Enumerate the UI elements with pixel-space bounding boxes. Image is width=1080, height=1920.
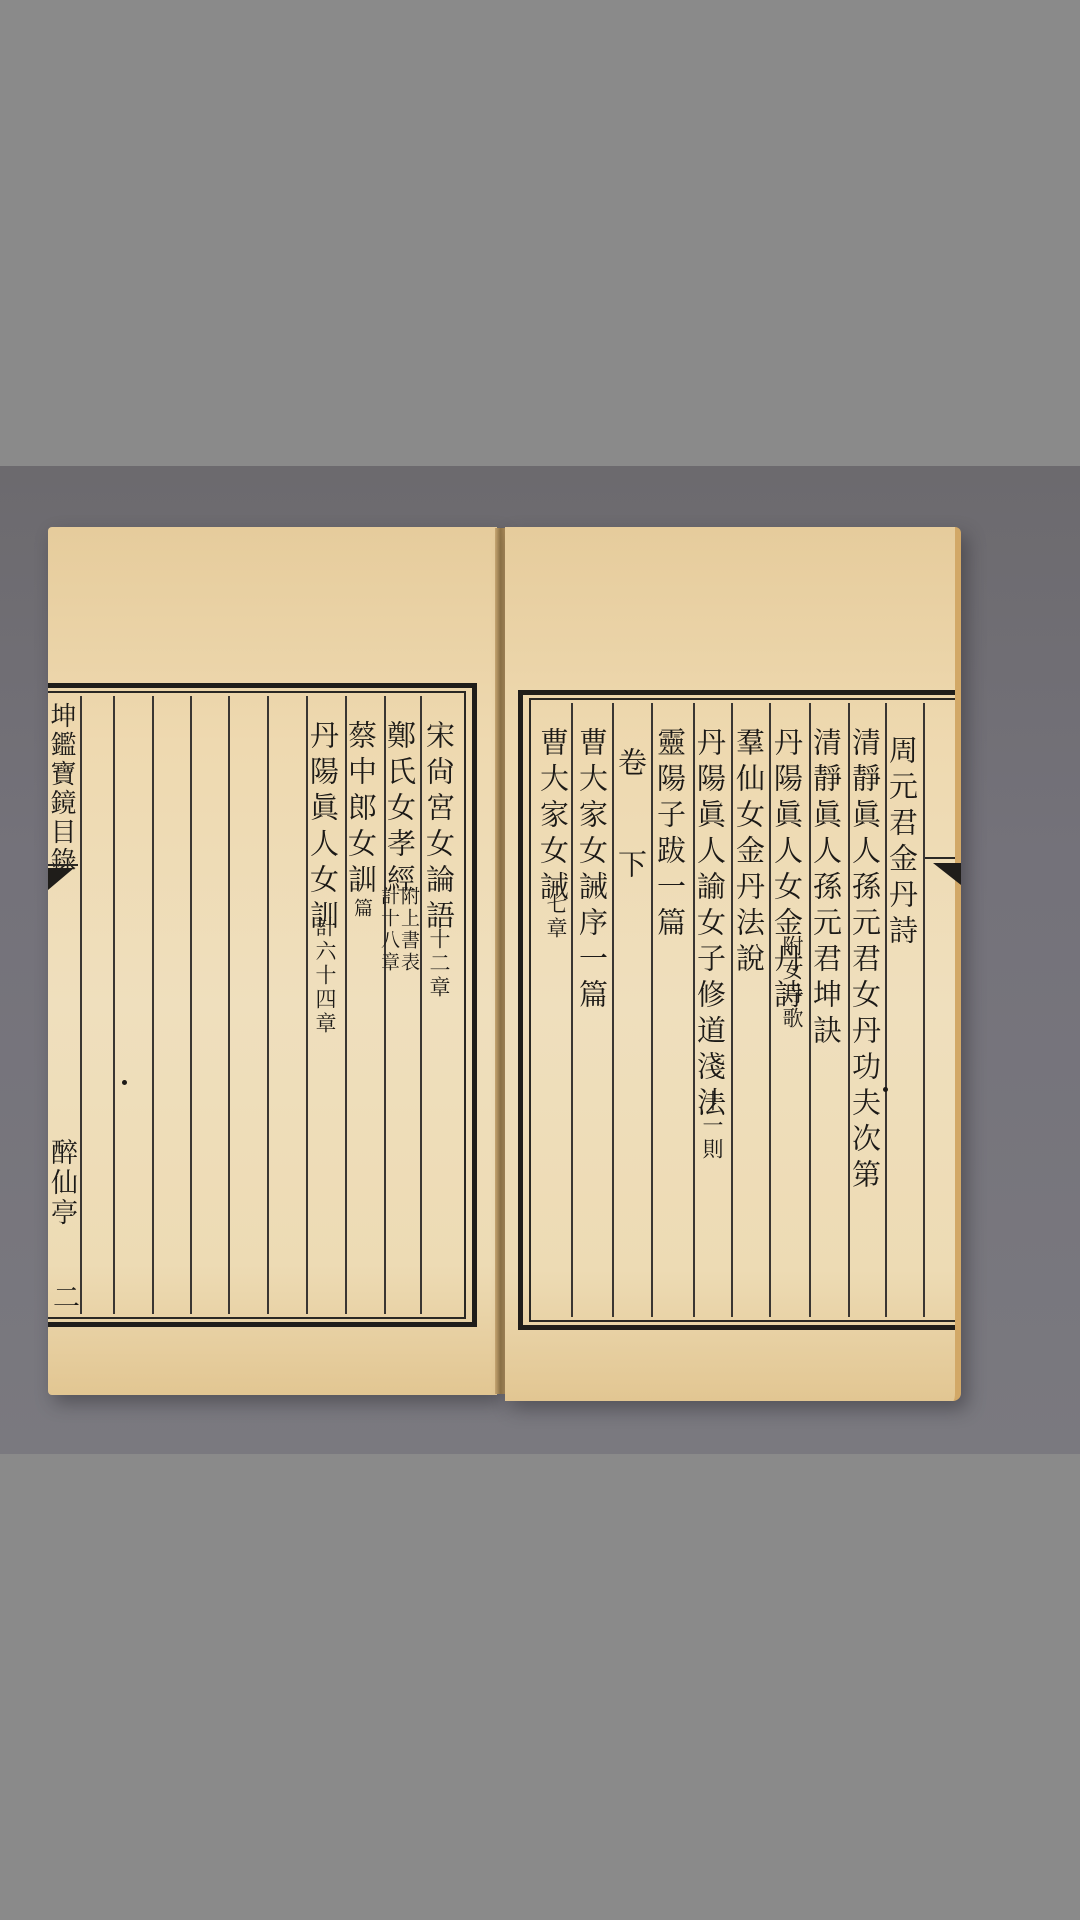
fishtail-ornament	[48, 868, 74, 890]
toc-entry-r6-note: 十一則	[701, 1090, 722, 1162]
viewer-top-bar	[0, 0, 1080, 466]
toc-entry-4: 丹陽眞人女訓	[308, 720, 337, 936]
toc-entry-2-note2: 計十八章	[379, 886, 398, 974]
frame-inner-top-line	[48, 691, 466, 693]
ink-dot	[122, 1080, 127, 1085]
column-rule	[923, 703, 925, 1317]
toc-entry-4-note: 計六十四章	[314, 916, 335, 1036]
right-page-frame: 周元君金丹詩 清靜眞人孫元君女丹功夫次第 清靜眞人孫元君坤訣 丹陽眞人女金丹詩 …	[518, 690, 955, 1330]
left-page: 坤鑑寶鏡目錄 醉仙亭 二 宋尙宮女論語 十二章 鄭氏女孝經 附上書表 計十八章 …	[48, 527, 497, 1395]
column-rule	[80, 696, 82, 1314]
right-page: 周元君金丹詩 清靜眞人孫元君女丹功夫次第 清靜眞人孫元君坤訣 丹陽眞人女金丹詩 …	[505, 527, 961, 1401]
frame-inner-top-line	[529, 698, 955, 700]
fishtail-top-line	[48, 864, 78, 866]
viewer-bottom-bar	[0, 1454, 1080, 1920]
toc-entry-1: 宋尙宮女論語	[424, 720, 453, 936]
toc-entry-r10: 曹大家女誡	[538, 727, 567, 907]
toc-entry-2: 鄭氏女孝經	[385, 720, 414, 900]
frame-inner-bottom-line	[48, 1317, 466, 1319]
toc-entry-r4-note: 附女丹歌	[781, 935, 802, 1031]
page-number: 二	[50, 1283, 77, 1317]
toc-entry-r6: 丹陽眞人諭女子修道淺法	[695, 727, 724, 1123]
toc-entry-r5: 羣仙女金丹法說	[734, 727, 763, 979]
column-rule	[152, 696, 154, 1314]
book-photo[interactable]: 坤鑑寶鏡目錄 醉仙亭 二 宋尙宮女論語 十二章 鄭氏女孝經 附上書表 計十八章 …	[0, 466, 1080, 1454]
volume-heading: 卷 下	[616, 747, 645, 900]
toc-entry-r3: 清靜眞人孫元君坤訣	[811, 727, 840, 1051]
left-page-frame: 坤鑑寶鏡目錄 醉仙亭 二 宋尙宮女論語 十二章 鄭氏女孝經 附上書表 計十八章 …	[48, 683, 477, 1327]
toc-entry-r10-note: 七章	[545, 893, 566, 941]
toc-entry-3-note: 一篇	[352, 876, 371, 920]
toc-entry-r7: 靈陽子跋一篇	[655, 727, 684, 943]
toc-entry-r2: 清靜眞人孫元君女丹功夫次第	[850, 727, 879, 1195]
column-rule	[228, 696, 230, 1314]
frame-inner-bottom-line	[529, 1320, 955, 1322]
fishtail-top-line	[925, 857, 955, 859]
fishtail-ornament	[933, 863, 961, 885]
ink-dot	[883, 1087, 888, 1092]
toc-entry-r1: 周元君金丹詩	[887, 735, 916, 951]
toc-entry-3: 蔡中郎女訓	[346, 720, 375, 900]
column-rule	[113, 696, 115, 1314]
column-rule	[571, 703, 573, 1317]
toc-entry-2-note: 附上書表	[399, 886, 418, 974]
toc-entry-r9: 曹大家女誡序一篇	[577, 727, 606, 1015]
frame-inner-right-line	[464, 691, 466, 1319]
toc-entry-1-note: 十二章	[428, 928, 449, 1000]
margin-title: 坤鑑寶鏡目錄	[48, 702, 74, 876]
column-rule	[190, 696, 192, 1314]
margin-publisher: 醉仙亭	[48, 1138, 75, 1228]
frame-inner-left-line	[529, 698, 531, 1322]
column-rule	[267, 696, 269, 1314]
